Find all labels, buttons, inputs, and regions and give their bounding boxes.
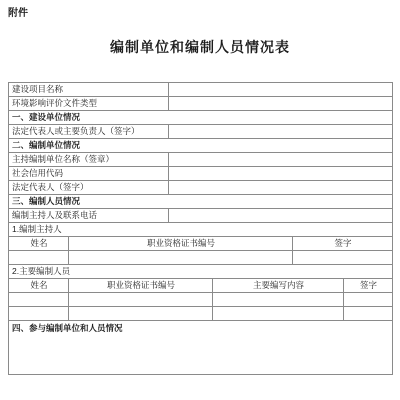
table-row: 四、参与编制单位和人员情况 xyxy=(9,321,393,375)
field-value-eia-doc-type xyxy=(169,97,393,111)
subsection-header-2: 2.主要编制人员 xyxy=(9,265,393,279)
table-row: 一、建设单位情况 xyxy=(9,111,393,125)
chief-signature-cell xyxy=(293,251,393,265)
table-row: 姓名 职业资格证书编号 主要编写内容 签字 xyxy=(9,279,393,293)
field-value-project-name xyxy=(169,83,393,97)
field-label-legal-rep: 法定代表人（签字） xyxy=(9,181,169,195)
column-header-cert-no: 职业资格证书编号 xyxy=(69,237,293,251)
document-page: 附件 编制单位和编制人员情况表 建设项目名称 环境影响评价文件类型 一、建设单位… xyxy=(0,0,400,400)
table-row xyxy=(9,293,393,307)
staff-cert-no-cell xyxy=(69,307,213,321)
field-label-social-credit-code: 社会信用代码 xyxy=(9,167,169,181)
table-row: 二、编制单位情况 xyxy=(9,139,393,153)
staff-signature-cell xyxy=(344,293,393,307)
field-value-social-credit-code xyxy=(169,167,393,181)
field-value-legal-rep-or-principal xyxy=(169,125,393,139)
column-header-name: 姓名 xyxy=(9,237,69,251)
attachment-label: 附件 xyxy=(8,4,28,19)
table-row: 社会信用代码 xyxy=(9,167,393,181)
table-row: 2.主要编制人员 xyxy=(9,265,393,279)
subsection-header-1: 1.编制主持人 xyxy=(9,223,393,237)
column-header-main-content: 主要编写内容 xyxy=(213,279,344,293)
column-header-cert-no: 职业资格证书编号 xyxy=(69,279,213,293)
section-header-4: 四、参与编制单位和人员情况 xyxy=(9,321,393,375)
field-label-eia-doc-type: 环境影响评价文件类型 xyxy=(9,97,169,111)
section-header-1: 一、建设单位情况 xyxy=(9,111,393,125)
table-row: 编制主持人及联系电话 xyxy=(9,209,393,223)
chief-name-cell xyxy=(9,251,69,265)
field-label-chief-person-phone: 编制主持人及联系电话 xyxy=(9,209,169,223)
section-header-2: 二、编制单位情况 xyxy=(9,139,393,153)
field-label-chief-unit-name: 主持编制单位名称（签章） xyxy=(9,153,169,167)
table-row: 主持编制单位名称（签章） xyxy=(9,153,393,167)
field-label-legal-rep-or-principal: 法定代表人或主要负责人（签字） xyxy=(9,125,169,139)
table-row: 姓名 职业资格证书编号 签字 xyxy=(9,237,393,251)
chief-cert-no-cell xyxy=(69,251,293,265)
table-row: 三、编制人员情况 xyxy=(9,195,393,209)
staff-main-content-cell xyxy=(213,307,344,321)
field-label-project-name: 建设项目名称 xyxy=(9,83,169,97)
table-row: 法定代表人或主要负责人（签字） xyxy=(9,125,393,139)
table-row xyxy=(9,307,393,321)
column-header-name: 姓名 xyxy=(9,279,69,293)
page-title: 编制单位和编制人员情况表 xyxy=(0,37,400,57)
field-value-legal-rep xyxy=(169,181,393,195)
personnel-form-table: 建设项目名称 环境影响评价文件类型 一、建设单位情况 法定代表人或主要负责人（签… xyxy=(8,82,393,375)
staff-name-cell xyxy=(9,293,69,307)
field-value-chief-person-phone xyxy=(169,209,393,223)
column-header-signature: 签字 xyxy=(293,237,393,251)
section-header-3: 三、编制人员情况 xyxy=(9,195,393,209)
table-row: 法定代表人（签字） xyxy=(9,181,393,195)
table-row: 1.编制主持人 xyxy=(9,223,393,237)
table-row: 环境影响评价文件类型 xyxy=(9,97,393,111)
table-row xyxy=(9,251,393,265)
staff-cert-no-cell xyxy=(69,293,213,307)
column-header-signature: 签字 xyxy=(344,279,393,293)
table-row: 建设项目名称 xyxy=(9,83,393,97)
staff-name-cell xyxy=(9,307,69,321)
field-value-chief-unit-name xyxy=(169,153,393,167)
staff-signature-cell xyxy=(344,307,393,321)
staff-main-content-cell xyxy=(213,293,344,307)
